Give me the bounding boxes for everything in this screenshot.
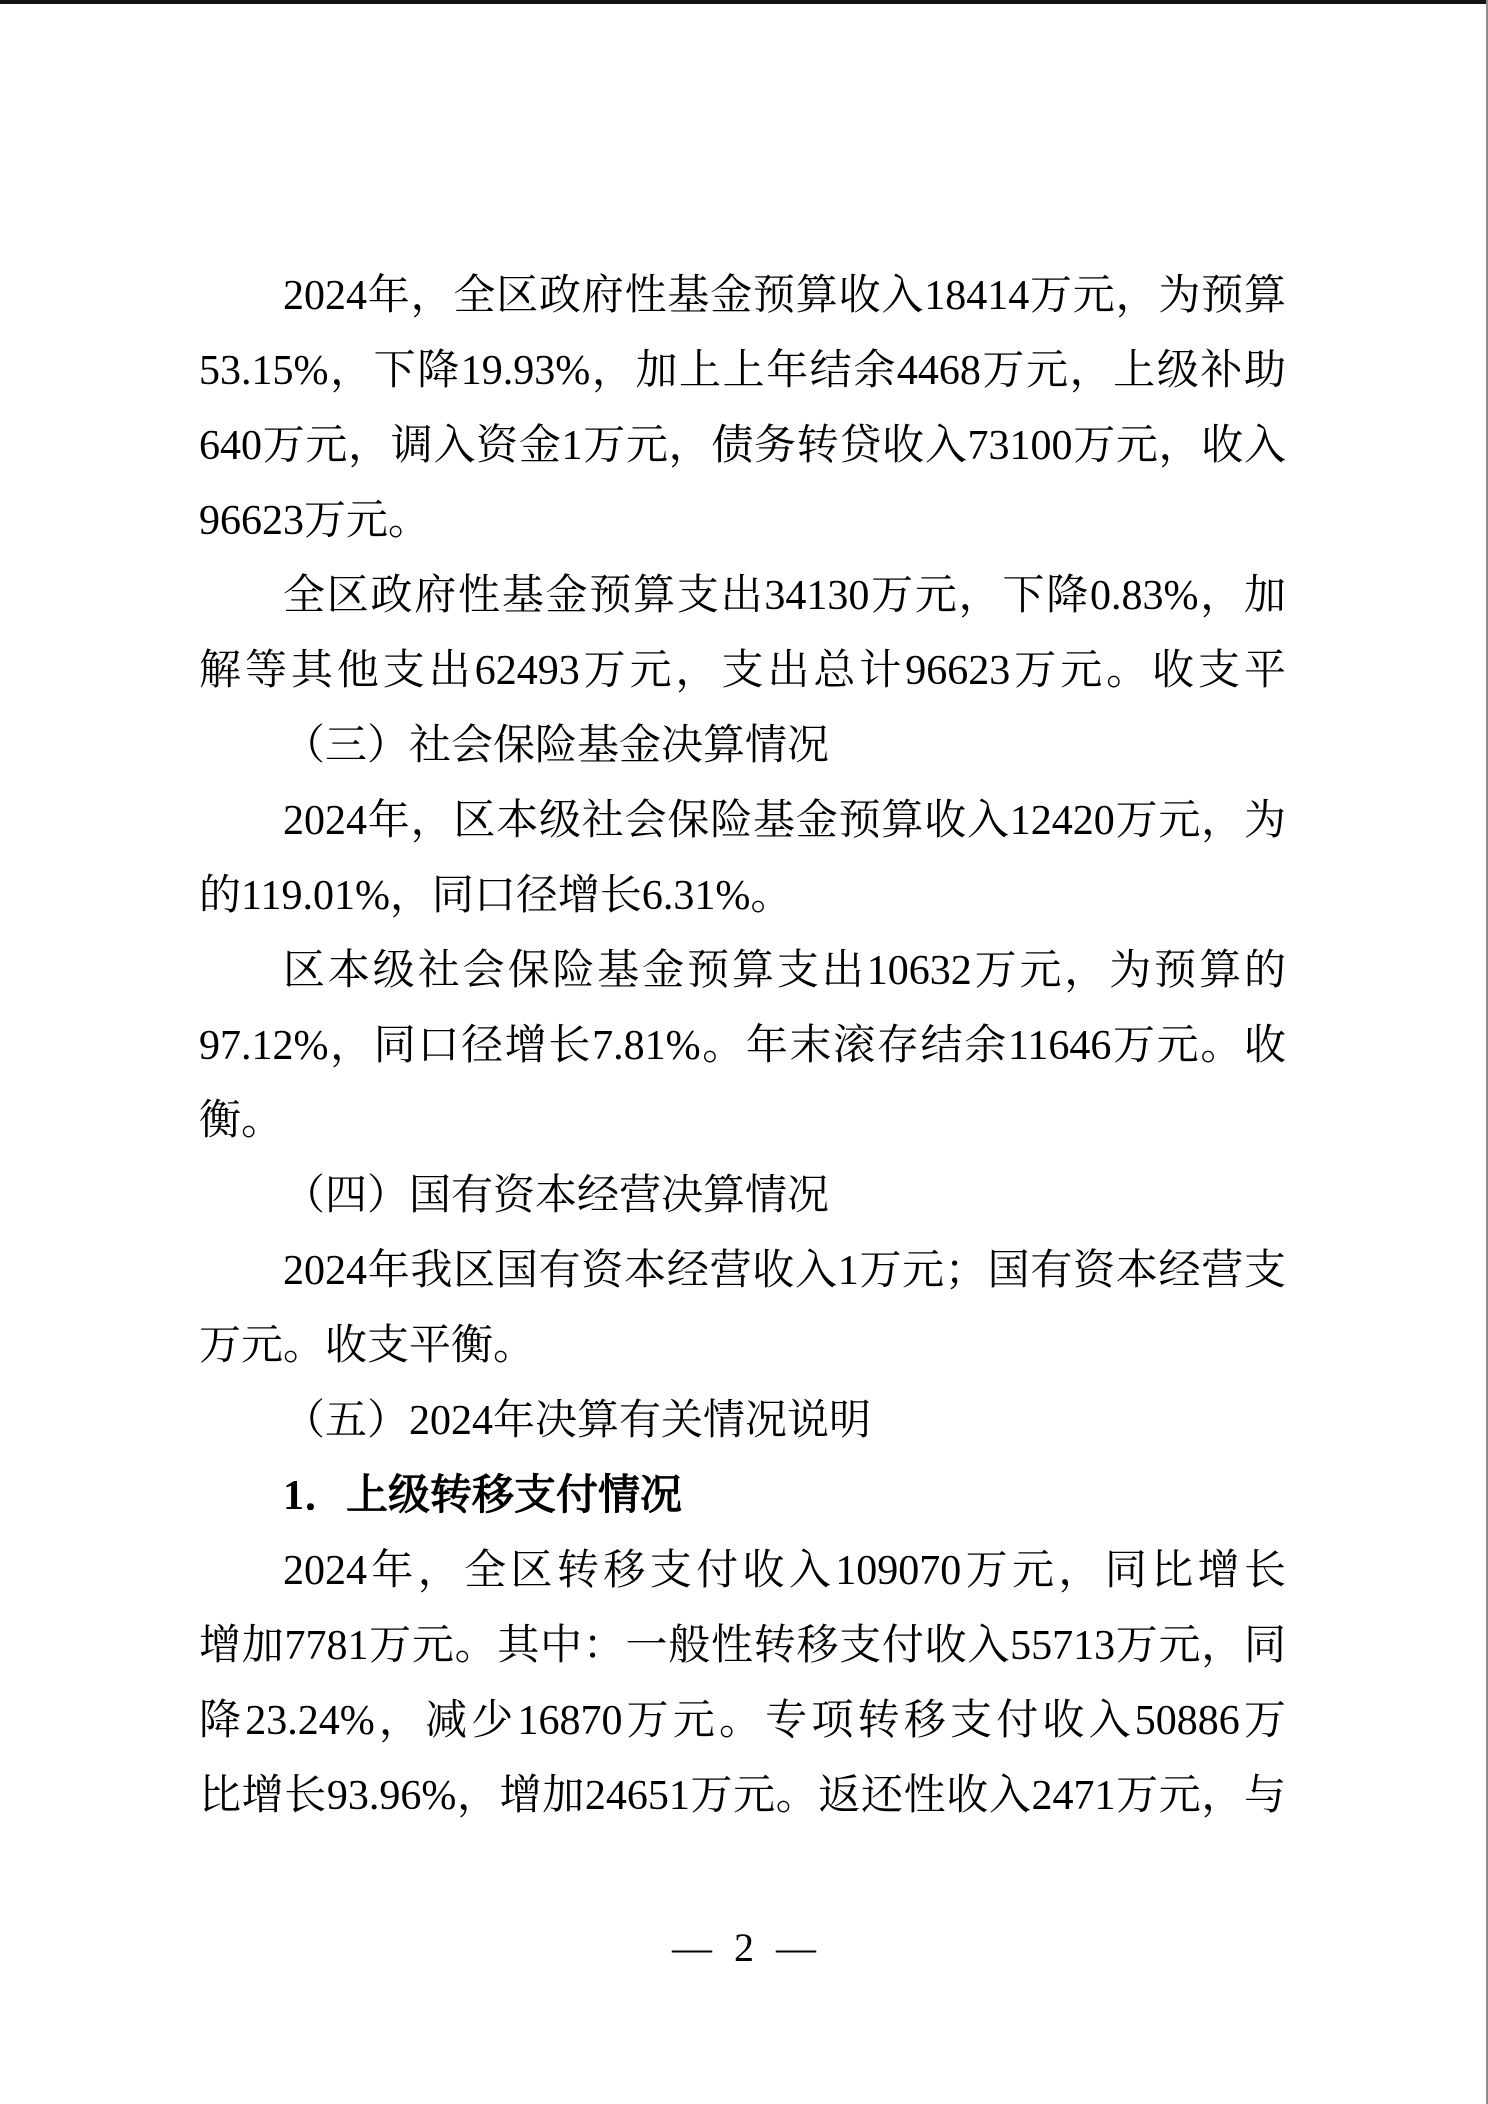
body-line: 640万元，调入资金1万元，债务转贷收入73100万元，收入总计	[199, 409, 1286, 484]
body-line: 53.15%，下降19.93%，加上上年结余4468万元，上级补助收入	[199, 334, 1286, 409]
section-heading-4: （四）国有资本经营决算情况	[199, 1159, 1286, 1234]
body-line: 2024年，全区政府性基金预算收入18414万元，为预算的	[199, 259, 1286, 334]
body-line: 2024年，区本级社会保险基金预算收入12420万元，为预算	[199, 784, 1286, 859]
page-number: — 2 —	[672, 1925, 816, 1970]
body-line: 2024年，全区转移支付收入109070万元，同比增长7.68%，	[199, 1534, 1286, 1609]
body-line: 区本级社会保险基金预算支出10632万元，为预算的	[199, 934, 1286, 1009]
body-line: 衡。	[199, 1084, 1286, 1159]
body-line: 比增长93.96%，增加24651万元。返还性收入2471万元，与上年	[199, 1759, 1286, 1834]
section-heading-5: （五）2024年决算有关情况说明	[199, 1384, 1286, 1459]
body-line: 的119.01%，同口径增长6.31%。	[199, 859, 1286, 934]
page-footer: — 2 —	[0, 1910, 1488, 1985]
subheading-transfer-payment: 1．上级转移支付情况	[199, 1459, 1286, 1534]
section-heading-3: （三）社会保险基金决算情况	[199, 709, 1286, 784]
body-line: 96623万元。	[199, 484, 1286, 559]
body-line: 增加7781万元。其中：一般性转移支付收入55713万元，同比下	[199, 1609, 1286, 1684]
document-body: 2024年，全区政府性基金预算收入18414万元，为预算的 53.15%，下降1…	[199, 259, 1286, 1834]
body-line: 解等其他支出62493万元，支出总计96623万元。收支平衡。	[199, 634, 1286, 709]
body-line: 97.12%，同口径增长7.81%。年末滚存结余11646万元。收支平	[199, 1009, 1286, 1084]
body-line: 2024年我区国有资本经营收入1万元；国有资本经营支出1	[199, 1234, 1286, 1309]
body-line: 全区政府性基金预算支出34130万元，下降0.83%，加上上	[199, 559, 1286, 634]
document-page: 2024年，全区政府性基金预算收入18414万元，为预算的 53.15%，下降1…	[0, 0, 1488, 2104]
scan-top-edge	[0, 0, 1488, 4]
body-line: 万元。收支平衡。	[199, 1309, 1286, 1384]
body-line: 降23.24%，减少16870万元。专项转移支付收入50886万元，同	[199, 1684, 1286, 1759]
